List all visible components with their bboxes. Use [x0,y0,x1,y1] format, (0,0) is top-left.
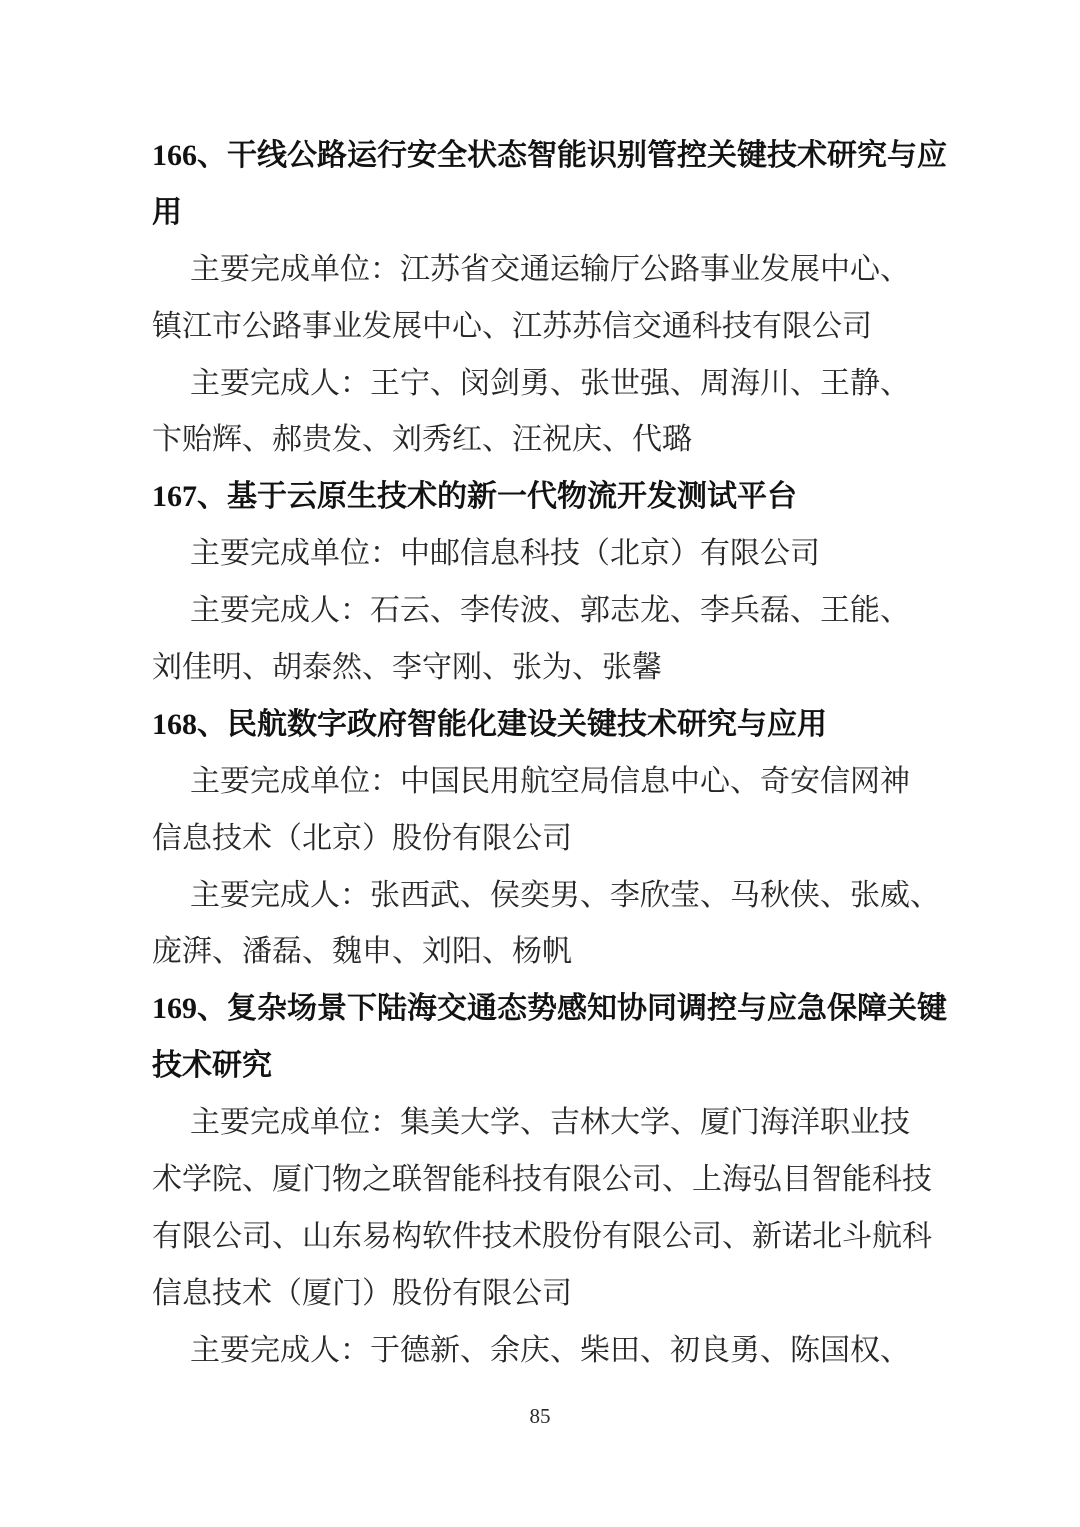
entry-166-people-line-1: 主要完成人：王宁、闵剑勇、张世强、周海川、王静、 [152,356,932,413]
entry-169-title-line-1: 169、复杂场景下陆海交通态势感知协同调控与应急保障关键 [152,981,932,1038]
entry-166-title-line-1: 166、干线公路运行安全状态智能识别管控关键技术研究与应 [152,128,932,185]
entry-168-units-line-2: 信息技术（北京）股份有限公司 [152,811,932,868]
entry-169-people-line-1: 主要完成人：于德新、余庆、柴田、初良勇、陈国权、 [152,1323,932,1380]
entry-167-people-line-1: 主要完成人：石云、李传波、郭志龙、李兵磊、王能、 [152,583,932,640]
entry-169-units-line-1: 主要完成单位：集美大学、吉林大学、厦门海洋职业技 [152,1095,932,1152]
entry-168-units-line-1: 主要完成单位：中国民用航空局信息中心、奇安信网神 [152,754,932,811]
entry-166-people-line-2: 卞贻辉、郝贵发、刘秀红、汪祝庆、代璐 [152,412,932,469]
entry-168-people-line-2: 庞湃、潘磊、魏申、刘阳、杨帆 [152,924,932,981]
entry-166-title-line-2: 用 [152,185,932,242]
entry-169-units-line-4: 信息技术（厦门）股份有限公司 [152,1266,932,1323]
entry-166-units-line-1: 主要完成单位：江苏省交通运输厅公路事业发展中心、 [152,242,932,299]
entry-169-units-line-2: 术学院、厦门物之联智能科技有限公司、上海弘目智能科技 [152,1152,932,1209]
entry-168-people-line-1: 主要完成人：张西武、侯奕男、李欣莹、马秋侠、张威、 [152,868,932,925]
page-number: 85 [0,1404,1080,1428]
entry-167-title-line-1: 167、基于云原生技术的新一代物流开发测试平台 [152,469,932,526]
document-page: 166、干线公路运行安全状态智能识别管控关键技术研究与应 用 主要完成单位：江苏… [0,0,1080,1527]
entry-167-units-line-1: 主要完成单位：中邮信息科技（北京）有限公司 [152,526,932,583]
page-content: 166、干线公路运行安全状态智能识别管控关键技术研究与应 用 主要完成单位：江苏… [152,128,932,1380]
entry-167-people-line-2: 刘佳明、胡泰然、李守刚、张为、张馨 [152,640,932,697]
entry-168-title-line-1: 168、民航数字政府智能化建设关键技术研究与应用 [152,697,932,754]
entry-166-units-line-2: 镇江市公路事业发展中心、江苏苏信交通科技有限公司 [152,299,932,356]
entry-169-units-line-3: 有限公司、山东易构软件技术股份有限公司、新诺北斗航科 [152,1209,932,1266]
entry-169-title-line-2: 技术研究 [152,1038,932,1095]
